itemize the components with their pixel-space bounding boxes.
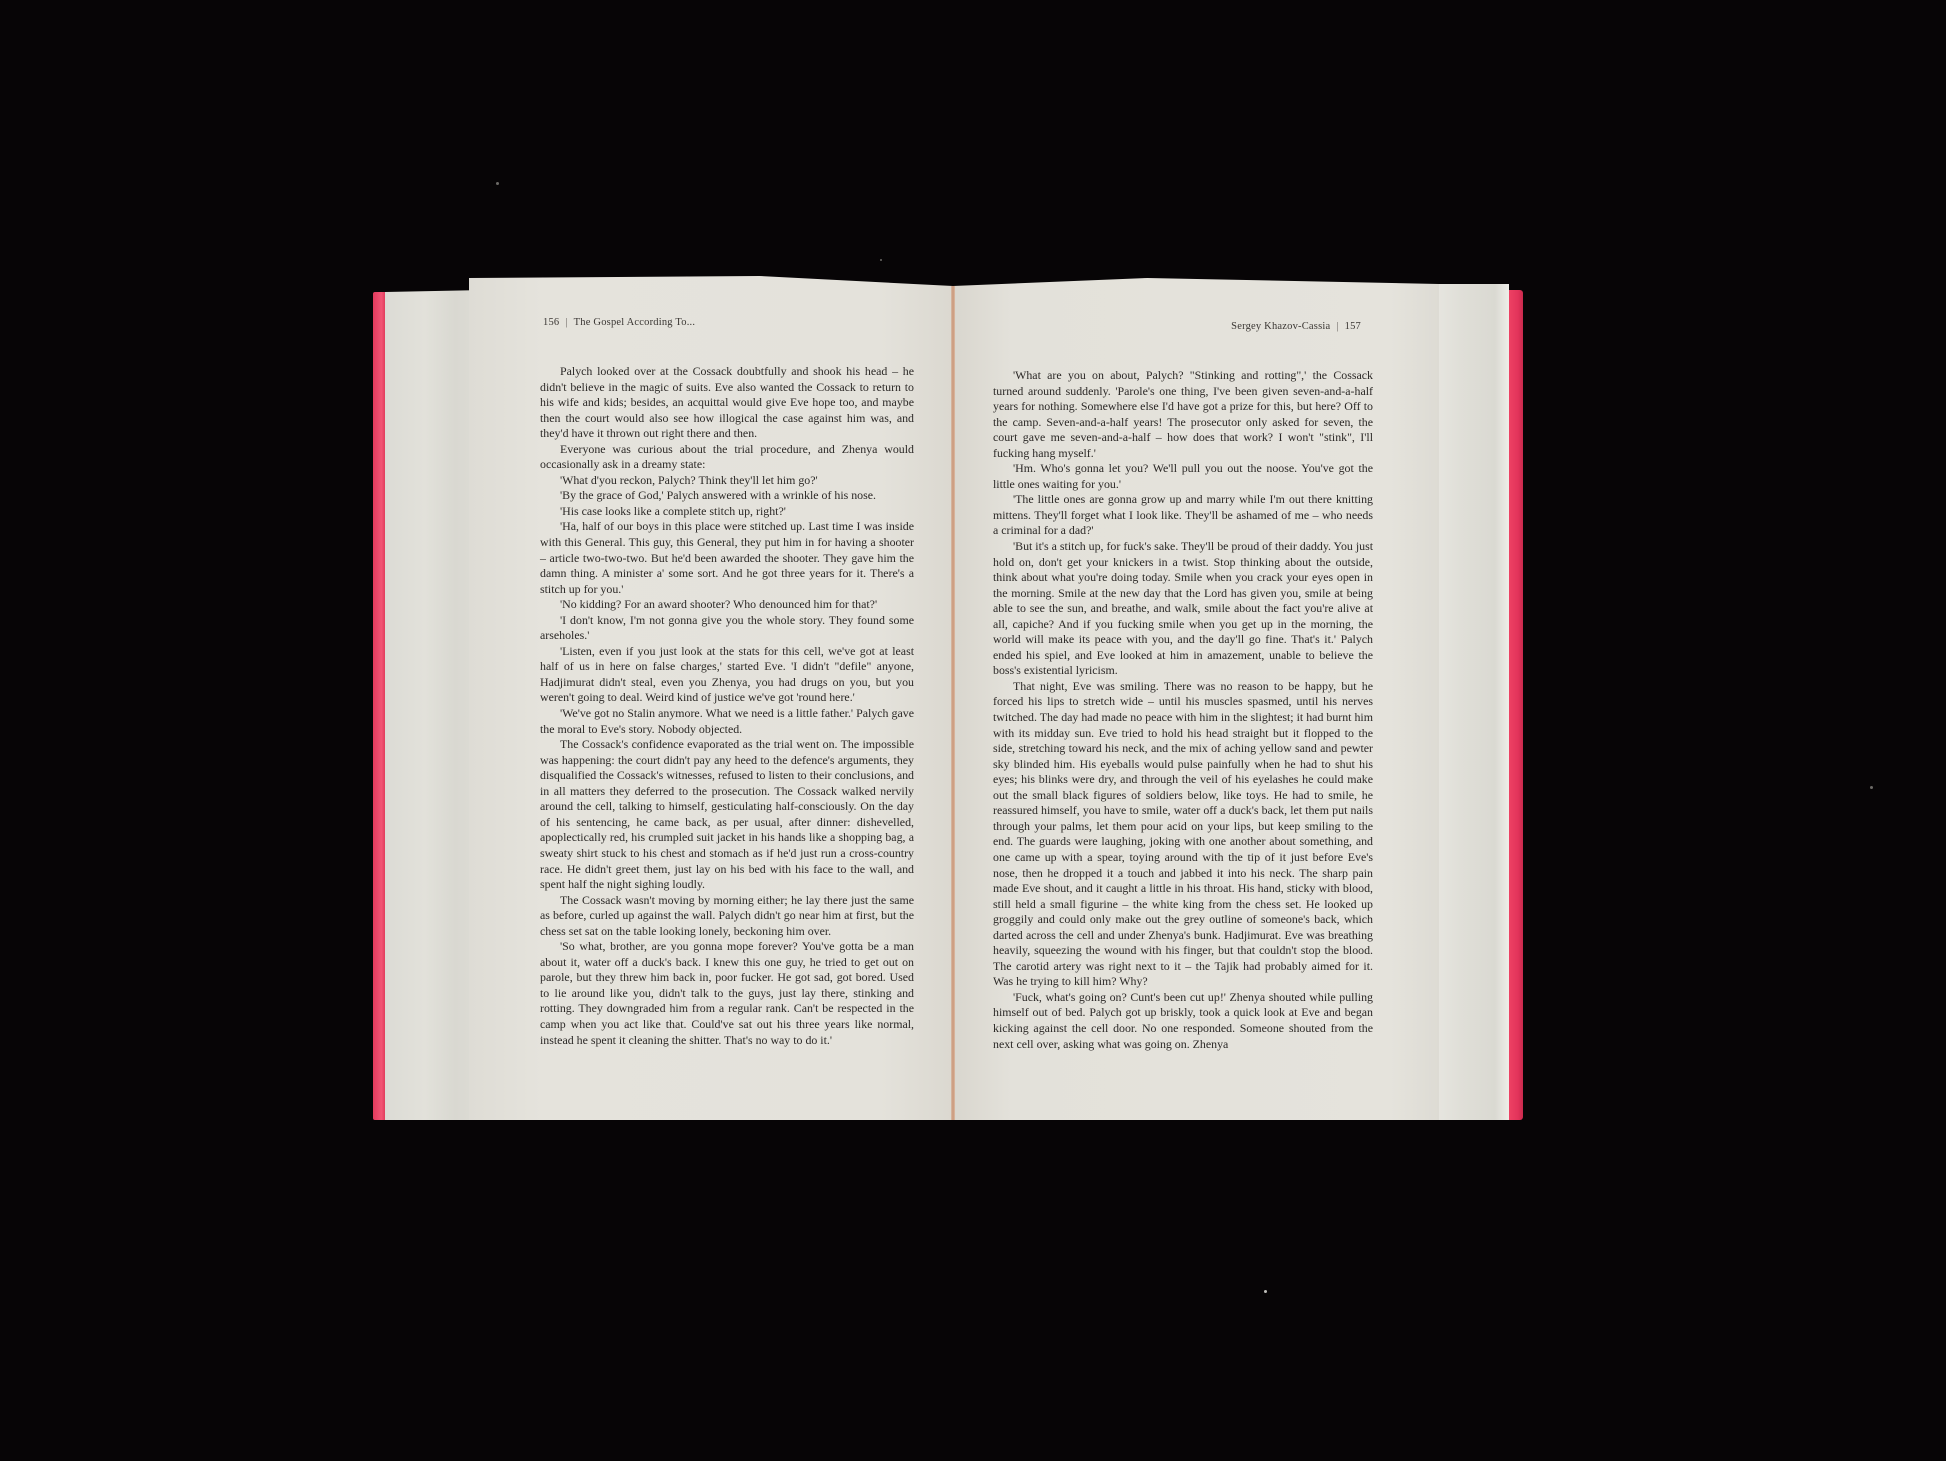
- right-body-text: 'What are you on about, Palych? "Stinkin…: [993, 368, 1373, 1052]
- open-book: 156|The Gospel According To... Palych lo…: [373, 276, 1523, 1122]
- paragraph: 'By the grace of God,' Palych answered w…: [540, 488, 914, 504]
- paragraph: Palych looked over at the Cossack doubtf…: [540, 364, 914, 442]
- right-running-head: Sergey Khazov-Cassia|157: [1231, 321, 1361, 332]
- dust-speck: [1870, 786, 1873, 789]
- dust-speck: [880, 259, 882, 261]
- paragraph: 'We've got no Stalin anymore. What we ne…: [540, 706, 914, 737]
- page-number: 157: [1345, 321, 1361, 332]
- paragraph: 'Fuck, what's going on? Cunt's been cut …: [993, 990, 1373, 1052]
- separator: |: [565, 317, 567, 328]
- dust-speck: [496, 182, 499, 185]
- paragraph: 'No kidding? For an award shooter? Who d…: [540, 597, 914, 613]
- paragraph: That night, Eve was smiling. There was n…: [993, 679, 1373, 990]
- left-body-text: Palych looked over at the Cossack doubtf…: [540, 364, 914, 1048]
- paragraph: 'Ha, half of our boys in this place were…: [540, 519, 914, 597]
- paragraph: 'I don't know, I'm not gonna give you th…: [540, 613, 914, 644]
- paragraph: 'The little ones are gonna grow up and m…: [993, 492, 1373, 539]
- book-gutter: [951, 286, 955, 1120]
- separator: |: [1336, 321, 1338, 332]
- paragraph: The Cossack's confidence evaporated as t…: [540, 737, 914, 892]
- paragraph: 'So what, brother, are you gonna mope fo…: [540, 939, 914, 1048]
- paragraph: 'Listen, even if you just look at the st…: [540, 644, 914, 706]
- paragraph: Everyone was curious about the trial pro…: [540, 442, 914, 473]
- dust-speck: [1264, 1290, 1267, 1293]
- page-number: 156: [543, 317, 559, 328]
- running-title: Sergey Khazov-Cassia: [1231, 321, 1330, 332]
- paragraph: 'His case looks like a complete stitch u…: [540, 504, 914, 520]
- left-page: 156|The Gospel According To... Palych lo…: [469, 276, 953, 1120]
- page-stack-right: [1439, 284, 1509, 1120]
- left-running-head: 156|The Gospel According To...: [543, 317, 695, 328]
- right-page: Sergey Khazov-Cassia|157 'What are you o…: [953, 276, 1439, 1120]
- paragraph: 'What are you on about, Palych? "Stinkin…: [993, 368, 1373, 461]
- paragraph: 'But it's a stitch up, for fuck's sake. …: [993, 539, 1373, 679]
- running-title: The Gospel According To...: [574, 317, 696, 328]
- book-cover-edge-left: [373, 292, 387, 1120]
- paragraph: 'What d'you reckon, Palych? Think they'l…: [540, 473, 914, 489]
- paragraph: The Cossack wasn't moving by morning eit…: [540, 893, 914, 940]
- paragraph: 'Hm. Who's gonna let you? We'll pull you…: [993, 461, 1373, 492]
- book-cover-edge-right: [1507, 290, 1523, 1120]
